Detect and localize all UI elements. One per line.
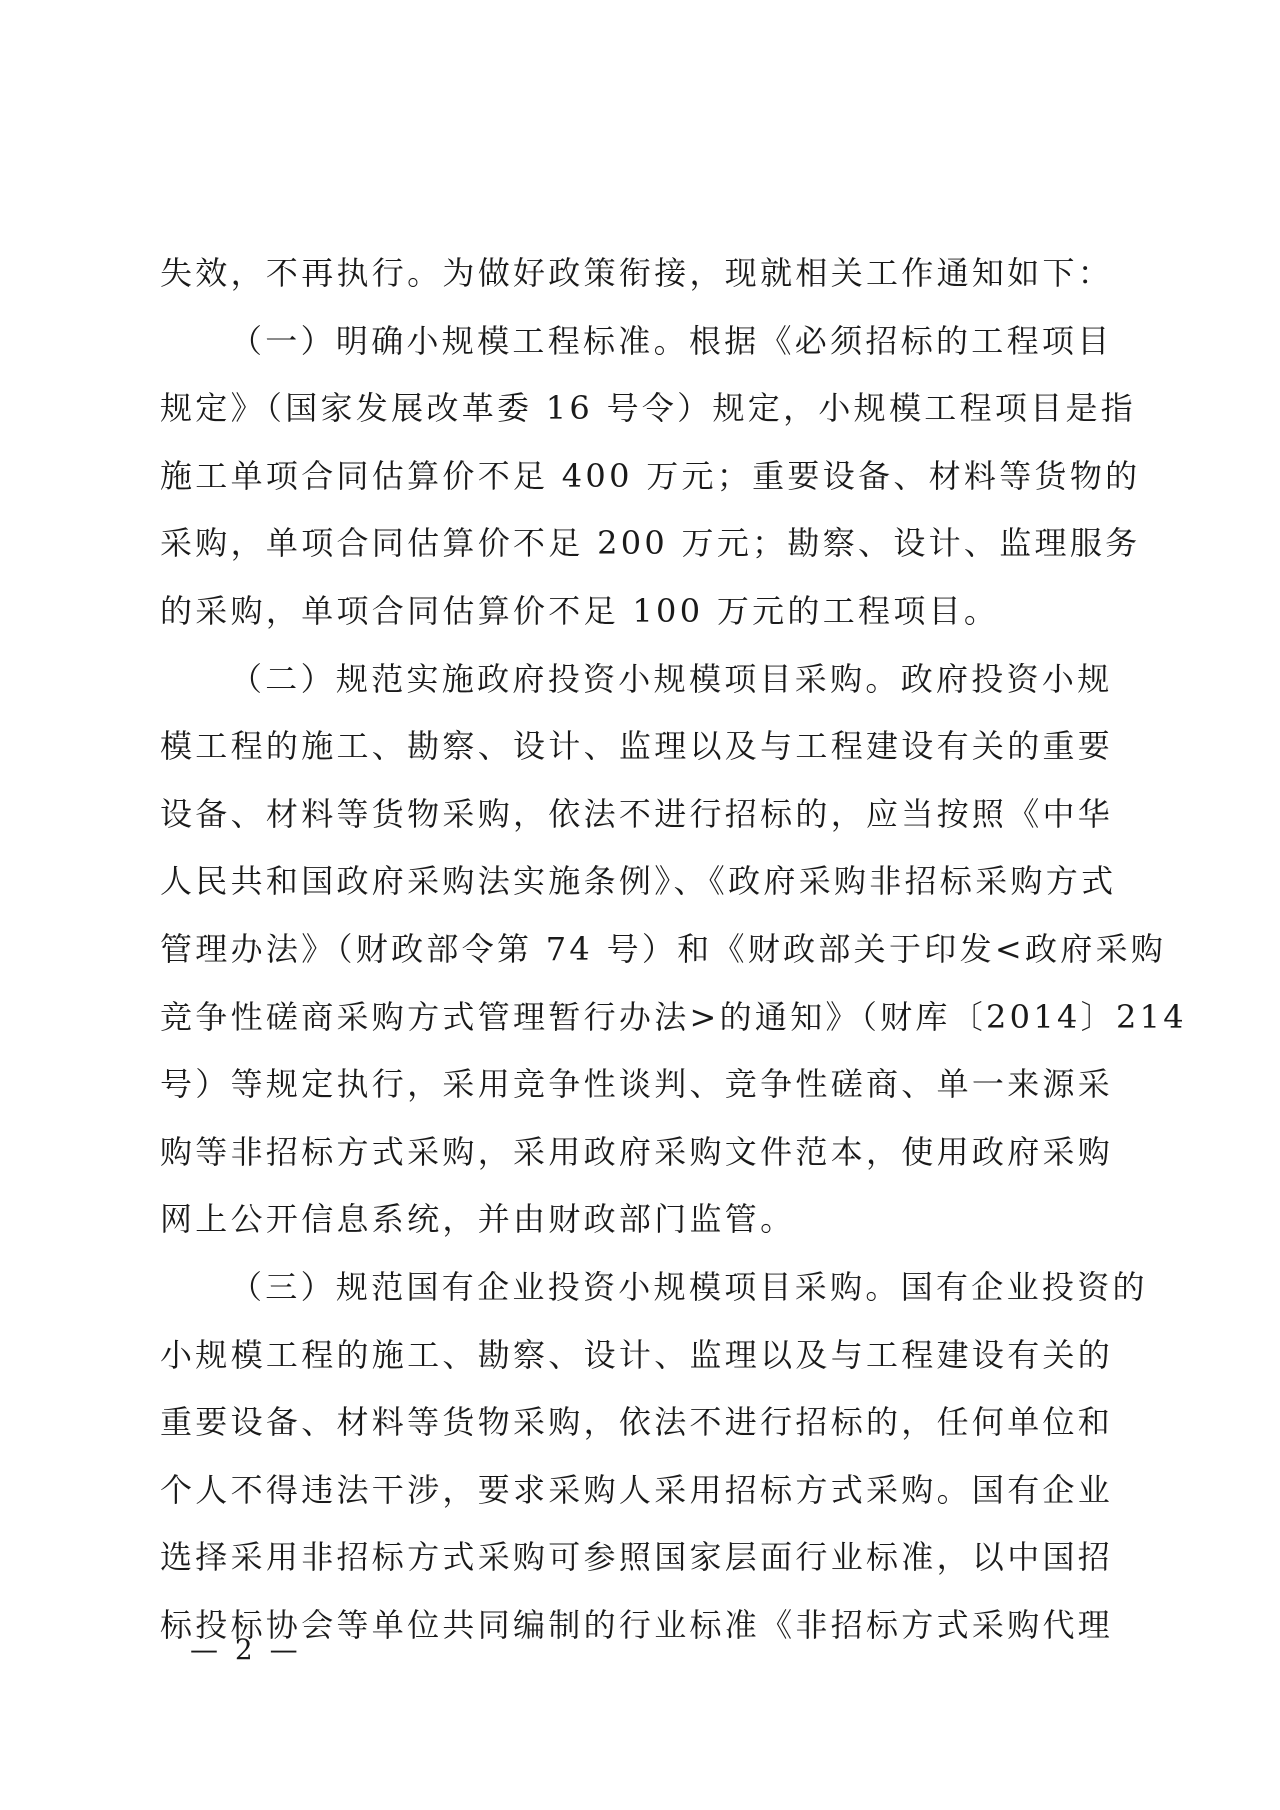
document-page: 失效，不再执行。为做好政策衔接，现就相关工作通知如下： （一）明确小规模工程标准… [0,0,1280,1810]
text-line: 规定》（国家发展改革委 16 号令）规定，小规模工程项目是指 [160,375,1104,443]
page-number: — 2 — [190,1633,302,1666]
text-line: 购等非招标方式采购，采用政府采购文件范本，使用政府采购 [160,1119,1104,1187]
text-line: 施工单项合同估算价不足 400 万元；重要设备、材料等货物的 [160,443,1104,511]
text-line: 管理办法》（财政部令第 74 号）和《财政部关于印发<政府采购 [160,916,1104,984]
text-line: 模工程的施工、勘察、设计、监理以及与工程建设有关的重要 [160,713,1104,781]
text-line: 人民共和国政府采购法实施条例》、《政府采购非招标采购方式 [160,848,1104,916]
text-line: 选择采用非招标方式采购可参照国家层面行业标准，以中国招 [160,1524,1104,1592]
text-line: 网上公开信息系统，并由财政部门监管。 [160,1186,1104,1254]
text-line: 采购，单项合同估算价不足 200 万元；勘察、设计、监理服务 [160,510,1104,578]
text-line: 竞争性磋商采购方式管理暂行办法>的通知》（财库〔2014〕214 [160,984,1104,1052]
text-line: 失效，不再执行。为做好政策衔接，现就相关工作通知如下： [160,240,1104,308]
text-line: 个人不得违法干涉，要求采购人采用招标方式采购。国有企业 [160,1457,1104,1525]
section-heading-1: （一）明确小规模工程标准。根据《必须招标的工程项目 [160,308,1104,376]
text-line: 小规模工程的施工、勘察、设计、监理以及与工程建设有关的 [160,1322,1104,1390]
text-line: 重要设备、材料等货物采购，依法不进行招标的，任何单位和 [160,1389,1104,1457]
section-heading-3: （三）规范国有企业投资小规模项目采购。国有企业投资的 [160,1254,1104,1322]
text-line: 号）等规定执行，采用竞争性谈判、竞争性磋商、单一来源采 [160,1051,1104,1119]
body-text: 失效，不再执行。为做好政策衔接，现就相关工作通知如下： （一）明确小规模工程标准… [160,240,1104,1659]
text-line: 的采购，单项合同估算价不足 100 万元的工程项目。 [160,578,1104,646]
text-line: 设备、材料等货物采购，依法不进行招标的，应当按照《中华 [160,781,1104,849]
section-heading-2: （二）规范实施政府投资小规模项目采购。政府投资小规 [160,646,1104,714]
